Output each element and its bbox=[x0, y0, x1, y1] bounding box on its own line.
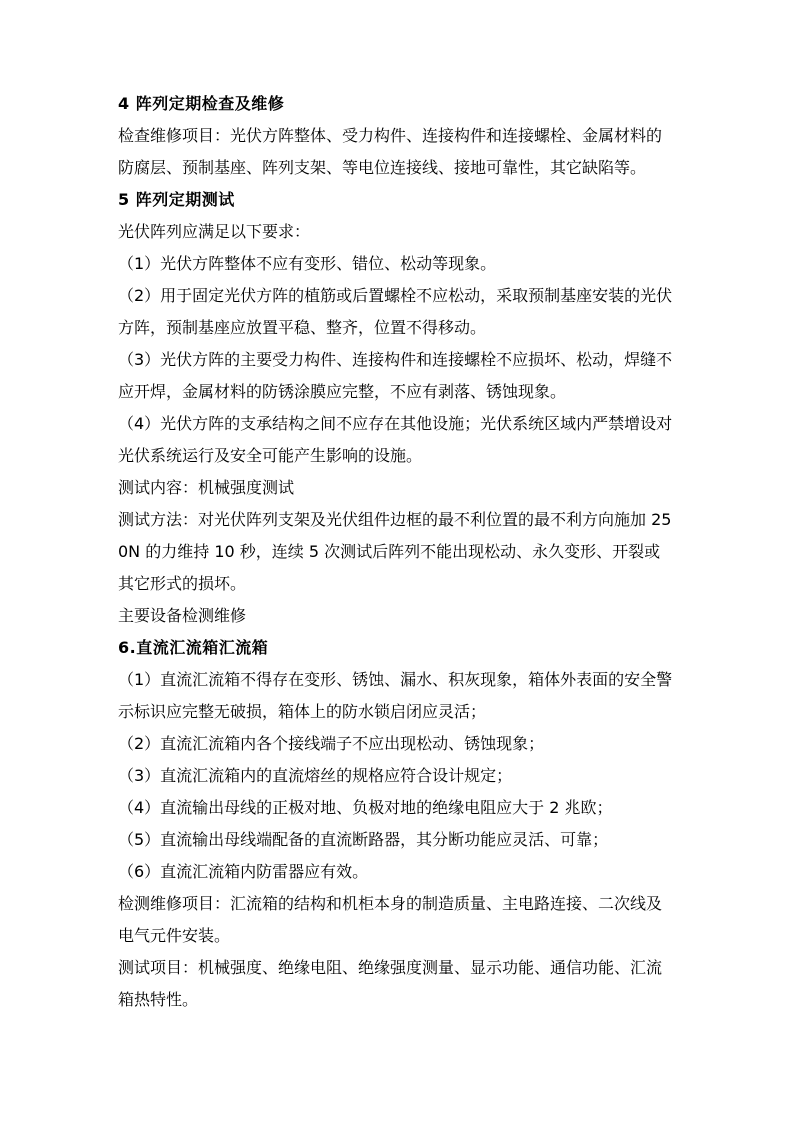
paragraph: 检查维修项目：光伏方阵整体、受力构件、连接构件和连接螺栓、金属材料的防腐层、预制… bbox=[118, 120, 675, 184]
list-item: （3）直流汇流箱内的直流熔丝的规格应符合设计规定； bbox=[118, 760, 675, 792]
list-item: （3）光伏方阵的主要受力构件、连接构件和连接螺栓不应损坏、松动，焊缝不应开焊，金… bbox=[118, 344, 675, 408]
paragraph: 光伏阵列应满足以下要求： bbox=[118, 216, 675, 248]
list-item: （4）直流输出母线的正极对地、负极对地的绝缘电阻应大于 2 兆欧； bbox=[118, 792, 675, 824]
paragraph: 测试内容：机械强度测试 bbox=[118, 472, 675, 504]
list-item: （5）直流输出母线端配备的直流断路器，其分断功能应灵活、可靠； bbox=[118, 824, 675, 856]
document-body: 4 阵列定期检查及维修检查维修项目：光伏方阵整体、受力构件、连接构件和连接螺栓、… bbox=[118, 88, 675, 1016]
section-heading: 6.直流汇流箱汇流箱 bbox=[118, 632, 675, 664]
list-item: （2）直流汇流箱内各个接线端子不应出现松动、锈蚀现象； bbox=[118, 728, 675, 760]
section-heading: 4 阵列定期检查及维修 bbox=[118, 88, 675, 120]
list-item: （6）直流汇流箱内防雷器应有效。 bbox=[118, 856, 675, 888]
list-item: （1）光伏方阵整体不应有变形、错位、松动等现象。 bbox=[118, 248, 675, 280]
list-item: （1）直流汇流箱不得存在变形、锈蚀、漏水、积灰现象，箱体外表面的安全警示标识应完… bbox=[118, 664, 675, 728]
document-page: 4 阵列定期检查及维修检查维修项目：光伏方阵整体、受力构件、连接构件和连接螺栓、… bbox=[0, 0, 793, 1122]
section-heading: 5 阵列定期测试 bbox=[118, 184, 675, 216]
paragraph: 检测维修项目：汇流箱的结构和机柜本身的制造质量、主电路连接、二次线及电气元件安装… bbox=[118, 888, 675, 952]
paragraph: 测试方法：对光伏阵列支架及光伏组件边框的最不利位置的最不利方向施加 250N 的… bbox=[118, 504, 675, 600]
list-item: （2）用于固定光伏方阵的植筋或后置螺栓不应松动，采取预制基座安装的光伏方阵，预制… bbox=[118, 280, 675, 344]
list-item: （4）光伏方阵的支承结构之间不应存在其他设施；光伏系统区域内严禁增设对光伏系统运… bbox=[118, 408, 675, 472]
paragraph: 主要设备检测维修 bbox=[118, 600, 675, 632]
paragraph: 测试项目：机械强度、绝缘电阻、绝缘强度测量、显示功能、通信功能、汇流箱热特性。 bbox=[118, 952, 675, 1016]
